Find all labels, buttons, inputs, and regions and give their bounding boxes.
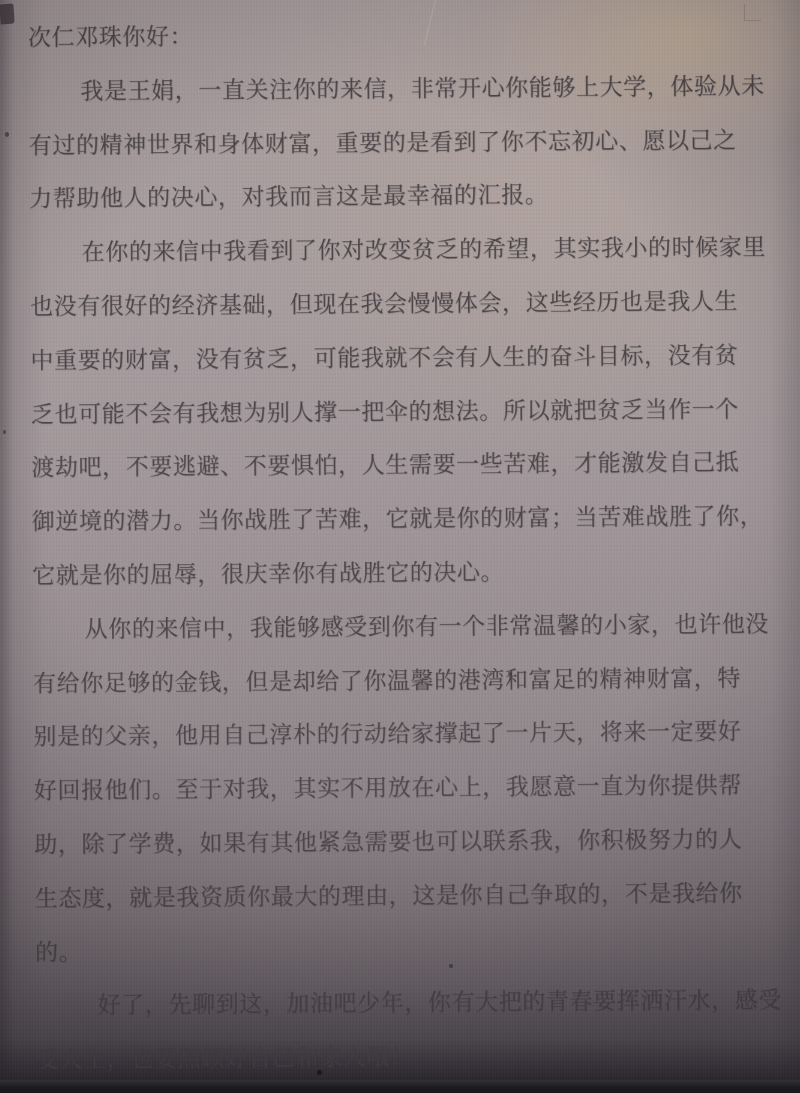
photo-speck <box>5 132 9 137</box>
letter-line: 生态度，就是我资质你最大的理由，这是你自己争取的，不是我给你 <box>34 866 786 926</box>
letter-line: 我是王娟，一直关注你的来信，非常开心你能够上大学，体验从未 <box>28 59 780 119</box>
letter-photo: 次仁邓珠你好： 我是王娟，一直关注你的来信，非常开心你能够上大学，体验从未 有过… <box>0 0 800 1093</box>
photo-speck <box>3 430 6 434</box>
letter-line: 它就是你的屈辱，很庆幸你有战胜它的决心。 <box>32 543 784 603</box>
letter-line: 别是的父亲，他用自己淳朴的行动给家撑起了一片天，将来一定要好 <box>33 705 785 765</box>
letter-line: 好回报他们。至于对我，其实不用放在心上，我愿意一直为你提供帮 <box>34 758 786 818</box>
letter-line: 的。 <box>35 920 787 980</box>
photo-speck <box>508 672 512 676</box>
letter-line: 御逆境的潜力。当你战胜了苦难，它就是你的财富；当苦难战胜了你， <box>31 489 783 549</box>
letter-line: 受人生，也要照顾好自己和家人哦！ <box>36 1027 788 1087</box>
photo-speck <box>317 1070 322 1075</box>
letter-line: 在你的来信中我看到了你对改变贫乏的希望，其实我小的时候家里 <box>29 220 781 280</box>
letter-line: 助，除了学费，如果有其他紧急需要也可以联系我，你积极努力的人 <box>34 812 786 872</box>
letter-page: 次仁邓珠你好： 我是王娟，一直关注你的来信，非常开心你能够上大学，体验从未 有过… <box>28 5 788 1087</box>
letter-line: 也没有很好的经济基础，但现在我会慢慢体会，这些经历也是我人生 <box>30 274 782 334</box>
letter-line: 中重要的财富，没有贫乏，可能我就不会有人生的奋斗目标，没有贫 <box>30 328 782 388</box>
photo-speck <box>186 623 189 626</box>
letter-line: 好了，先聊到这，加油吧少年，你有大把的青春要挥洒汗水，感受 <box>35 974 787 1034</box>
letter-line: 从你的来信中，我能够感受到你有一个非常温馨的小家，也许他没 <box>32 597 784 657</box>
letter-greeting: 次仁邓珠你好： <box>28 5 780 65</box>
letter-line: 有过的精神世界和身体财富，重要的是看到了你不忘初心、愿以己之 <box>29 113 781 173</box>
letter-line: 有给你足够的金钱，但是却给了你温馨的港湾和富足的精神财富，特 <box>33 651 785 711</box>
photo-bottom-shadow <box>0 1080 800 1093</box>
photo-corner-mark <box>0 4 15 25</box>
photo-speck <box>449 964 453 968</box>
letter-line: 力帮助他人的决心，对我而言这是最幸福的汇报。 <box>29 167 781 227</box>
letter-line: 渡劫吧，不要逃避、不要惧怕，人生需要一些苦难，才能激发自己抵 <box>31 436 783 496</box>
letter-line: 乏也可能不会有我想为别人撑一把伞的想法。所以就把贫乏当作一个 <box>31 382 783 442</box>
paper-crease-icon <box>744 4 761 21</box>
